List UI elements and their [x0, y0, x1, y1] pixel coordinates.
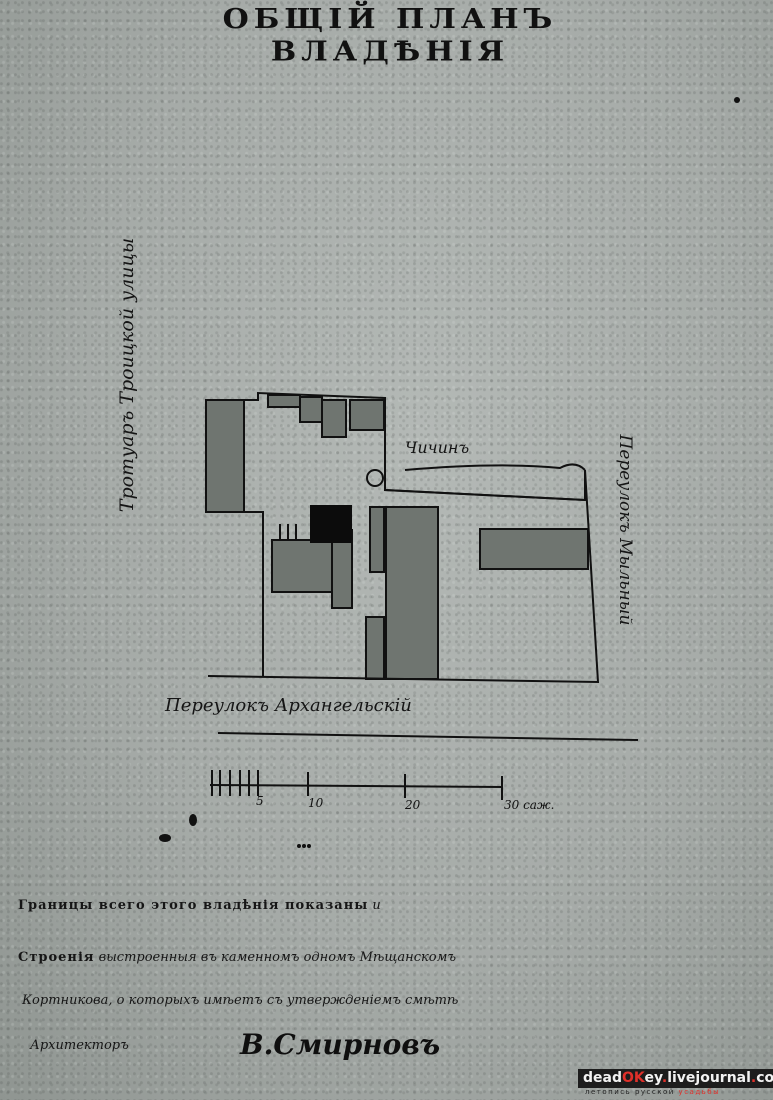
watermark-part: dead: [583, 1070, 622, 1086]
watermark-part: OK: [622, 1070, 645, 1086]
building-top-3: [322, 400, 346, 437]
footer-line-2: Строенія выстроенныя въ каменномъ одномъ…: [18, 950, 456, 965]
signature: В.Смирновъ: [240, 1028, 440, 1061]
building-top-1: [268, 395, 300, 407]
scale-label-30: 30 саж.: [504, 798, 554, 812]
building-west: [206, 400, 244, 512]
footer-line-3: Кортникова, о которыхъ имѣетъ съ утвержд…: [22, 993, 458, 1008]
scale-label-10: 10: [308, 796, 323, 810]
footer-line-1: Границы всего этого владѣнія показаны и: [18, 898, 381, 913]
footer-line-1-hand: и: [372, 898, 380, 913]
building-black-wing: [310, 505, 352, 543]
building-top-4: [350, 400, 384, 430]
footer-line-2-printed: Строенія: [18, 950, 95, 965]
building-strip-lower: [366, 617, 384, 679]
building-center-left: [272, 540, 332, 592]
watermark-subtitle: летопись русской усадьбы: [585, 1088, 720, 1096]
scale-label-20: 20: [405, 798, 420, 812]
building-top-2: [300, 397, 322, 422]
watermark-part: livejournal: [667, 1070, 751, 1086]
footer-line-2-hand: выстроенныя въ каменномъ одномъ Мѣщанско…: [99, 950, 456, 965]
watermark-subtitle-b: усадьбы: [679, 1088, 721, 1096]
building-strip-upper: [370, 507, 384, 572]
footer-line-1-printed: Границы всего этого владѣнія показаны: [18, 898, 368, 913]
footer-line-4: Архитекторъ: [30, 1038, 129, 1053]
watermark-subtitle-a: летопись русской: [585, 1088, 679, 1096]
building-east: [480, 529, 588, 569]
watermark-part: ey: [645, 1070, 662, 1086]
site-plan: [0, 0, 773, 1100]
building-central: [386, 507, 438, 679]
watermark: deadOKey.livejournal.com: [578, 1069, 773, 1088]
scale-label-5: 5: [256, 794, 264, 808]
watermark-part: com: [756, 1070, 773, 1086]
